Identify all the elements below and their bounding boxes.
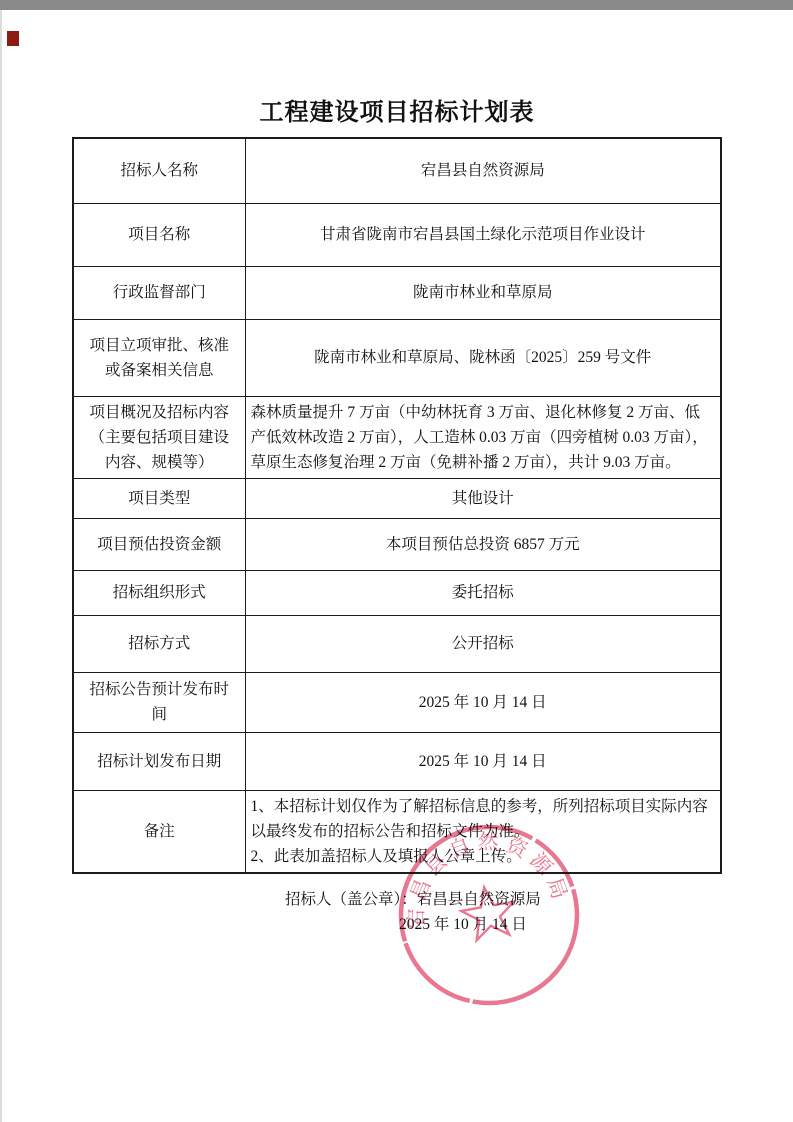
- table-row: 项目类型 其他设计: [73, 478, 721, 518]
- row-value: 森林质量提升 7 万亩（中幼林抚育 3 万亩、退化林修复 2 万亩、低产低效林改…: [245, 396, 721, 478]
- row-value: 陇南市林业和草原局、陇林函〔2025〕259 号文件: [245, 319, 721, 396]
- row-value: 委托招标: [245, 570, 721, 615]
- row-value: 宕昌县自然资源局: [245, 138, 721, 203]
- row-label: 备注: [73, 790, 245, 873]
- row-value: 本项目预估总投资 6857 万元: [245, 518, 721, 570]
- row-value: 甘肃省陇南市宕昌县国土绿化示范项目作业设计: [245, 203, 721, 266]
- table-row: 行政监督部门 陇南市林业和草原局: [73, 266, 721, 319]
- red-corner-mark: [7, 31, 19, 46]
- row-value: 陇南市林业和草原局: [245, 266, 721, 319]
- page: { "page": { "title": "工程建设项目招标计划表" }, "t…: [0, 0, 793, 1122]
- row-value: 2025 年 10 月 14 日: [245, 732, 721, 790]
- table-row: 招标方式 公开招标: [73, 615, 721, 672]
- table-row: 项目预估投资金额 本项目预估总投资 6857 万元: [73, 518, 721, 570]
- row-label: 招标计划发布日期: [73, 732, 245, 790]
- table-row: 招标计划发布日期 2025 年 10 月 14 日: [73, 732, 721, 790]
- row-label: 招标方式: [73, 615, 245, 672]
- tender-plan-table: 招标人名称 宕昌县自然资源局 项目名称 甘肃省陇南市宕昌县国土绿化示范项目作业设…: [72, 137, 722, 874]
- table-row: 招标组织形式 委托招标: [73, 570, 721, 615]
- row-label: 行政监督部门: [73, 266, 245, 319]
- table-row: 招标公告预计发布时间 2025 年 10 月 14 日: [73, 672, 721, 732]
- table-row: 招标人名称 宕昌县自然资源局: [73, 138, 721, 203]
- seal-text: 宕昌县自然资源局: [394, 820, 574, 933]
- table-row: 项目立项审批、核准或备案相关信息 陇南市林业和草原局、陇林函〔2025〕259 …: [73, 319, 721, 396]
- row-value: 其他设计: [245, 478, 721, 518]
- table-row: 项目名称 甘肃省陇南市宕昌县国土绿化示范项目作业设计: [73, 203, 721, 266]
- viewer-top-edge: [0, 0, 793, 10]
- table-row: 项目概况及招标内容（主要包括项目建设内容、规模等） 森林质量提升 7 万亩（中幼…: [73, 396, 721, 478]
- row-label: 项目预估投资金额: [73, 518, 245, 570]
- row-value: 2025 年 10 月 14 日: [245, 672, 721, 732]
- document-title: 工程建设项目招标计划表: [72, 92, 722, 127]
- row-label: 招标公告预计发布时间: [73, 672, 245, 732]
- official-seal: 宕昌县自然资源局: [394, 820, 584, 1010]
- row-label: 项目名称: [73, 203, 245, 266]
- seal-star: [458, 883, 519, 942]
- row-label: 项目立项审批、核准或备案相关信息: [73, 319, 245, 396]
- row-value: 公开招标: [245, 615, 721, 672]
- viewer-left-edge: [0, 10, 2, 1122]
- row-label: 招标组织形式: [73, 570, 245, 615]
- row-label: 招标人名称: [73, 138, 245, 203]
- row-label: 项目类型: [73, 478, 245, 518]
- seal-text-holder: 宕昌县自然资源局: [394, 820, 574, 933]
- row-label: 项目概况及招标内容（主要包括项目建设内容、规模等）: [73, 396, 245, 478]
